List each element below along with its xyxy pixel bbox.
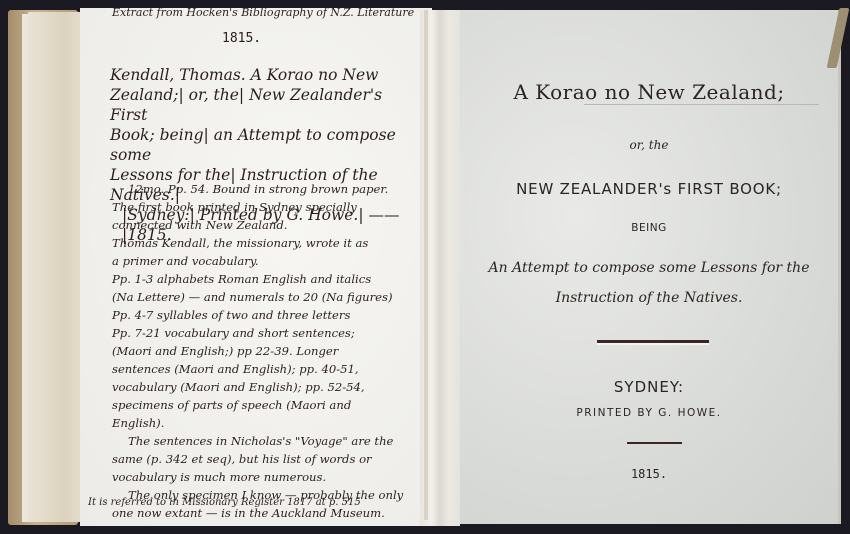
pencil-guideline (584, 104, 819, 105)
note-line: connected with New Zealand. (112, 216, 412, 234)
description-line-1: An Attempt to compose some Lessons for t… (460, 260, 838, 276)
note-line: The first book printed in Sydney special… (112, 198, 412, 216)
binding-stitch (424, 10, 428, 520)
divider-rule (597, 340, 709, 343)
printer: PRINTED BY G. HOWE. (460, 407, 838, 419)
note-line: vocabulary is much more numerous. (112, 468, 412, 486)
subtitle: NEW ZEALANDER's FIRST BOOK; (460, 180, 838, 198)
entry-line: Kendall, Thomas. A Korao no New (110, 65, 410, 85)
note-line: sentences (Maori and English); pp. 40-51… (112, 360, 412, 378)
divider-rule-short (627, 442, 682, 444)
place-of-printing: SYDNEY: (460, 378, 838, 396)
note-line: (Na Lettere) — and numerals to 20 (Na fi… (112, 288, 412, 306)
entry-line: Book; being| an Attempt to compose some (110, 125, 410, 165)
note-line: a primer and vocabulary. (112, 252, 412, 270)
note-line: Thomas Kendall, the missionary, wrote it… (112, 234, 412, 252)
flyleaf-tan (28, 12, 88, 522)
note-line: English). (112, 414, 412, 432)
note-line: Pp. 4-7 syllables of two and three lette… (112, 306, 412, 324)
note-line: specimens of parts of speech (Maori and (112, 396, 412, 414)
publication-year: 1815. (460, 467, 838, 481)
or-the: or, the (460, 138, 838, 152)
note-line: same (p. 342 et seq), but his list of wo… (112, 450, 412, 468)
bibliographic-notes: 12mo. Pp. 54. Bound in strong brown pape… (112, 180, 412, 522)
extract-header: Extract from Hocken's Bibliography of N.… (112, 6, 414, 19)
note-line: (Maori and English;) pp 22-39. Longer (112, 342, 412, 360)
extract-year: 1815. (222, 31, 261, 46)
note-line: The sentences in Nicholas's "Voyage" are… (112, 432, 412, 450)
right-page-title-page: A Korao no New Zealand; or, the NEW ZEAL… (460, 10, 841, 524)
title: A Korao no New Zealand; (460, 80, 838, 104)
being-label: BEING (460, 222, 838, 234)
note-line: Pp. 1-3 alphabets Roman English and ital… (112, 270, 412, 288)
footer-note: It is referred to in Missionary Register… (88, 497, 361, 508)
note-line: 12mo. Pp. 54. Bound in strong brown pape… (112, 180, 412, 198)
description-line-2: Instruction of the Natives. (460, 290, 838, 306)
entry-line: Zealand;| or, the| New Zealander's First (110, 85, 410, 125)
note-line: Pp. 7-21 vocabulary and short sentences; (112, 324, 412, 342)
note-line: vocabulary (Maori and English); pp. 52-5… (112, 378, 412, 396)
